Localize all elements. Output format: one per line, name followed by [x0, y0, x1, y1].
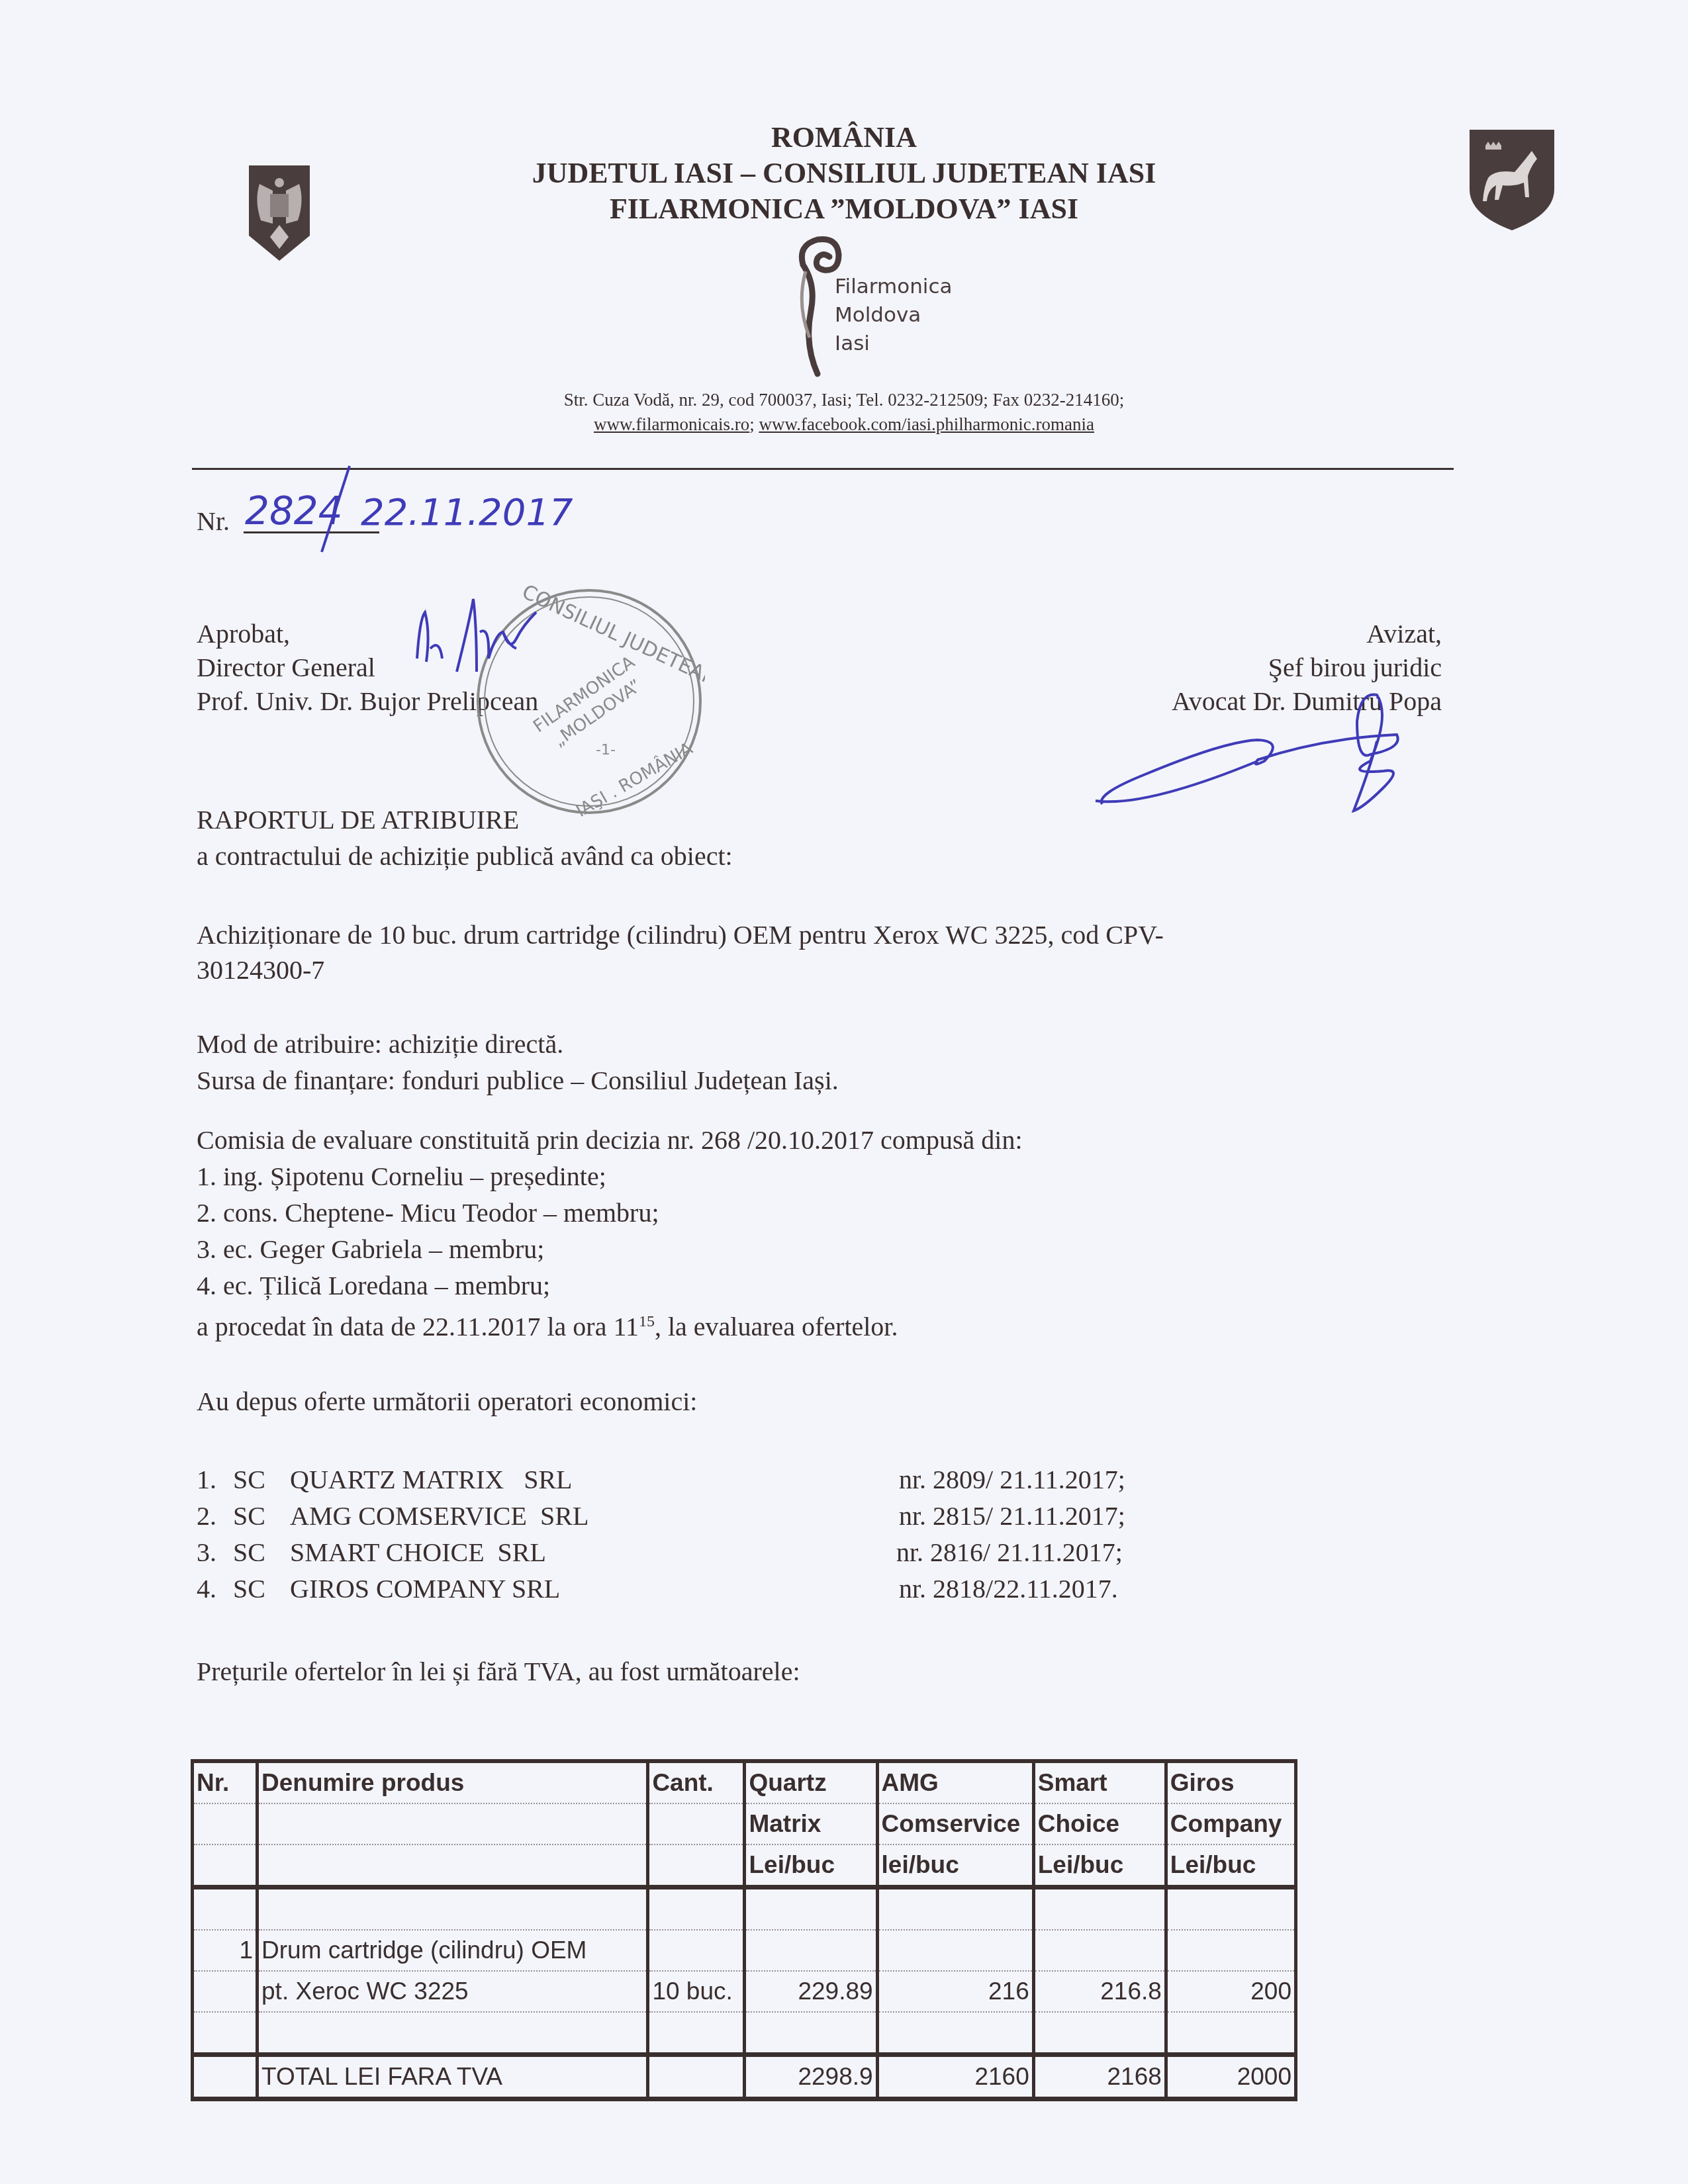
- report-title: RAPORTUL DE ATRIBUIRE: [197, 803, 519, 837]
- offer-item: 2. SC AMG COMSERVICE SRL nr. 2815/ 21.11…: [197, 1499, 1190, 1535]
- director-title: Director General: [197, 651, 375, 684]
- prices-intro: Prețurile ofertelor în lei și fără TVA, …: [197, 1655, 800, 1688]
- registration-label: Nr.: [197, 504, 230, 538]
- header-product: Denumire produs: [258, 1761, 648, 1803]
- website-link[interactable]: www.filarmonicais.ro: [594, 414, 749, 434]
- header-divider: [192, 468, 1454, 470]
- legal-office-title: Şef birou juridic: [1268, 651, 1442, 684]
- row-product: Drum cartridge (cilindru) OEM: [258, 1930, 648, 1971]
- offers-list: 1. SC QUARTZ MATRIX SRL nr. 2809/ 21.11.…: [197, 1463, 1190, 1608]
- svg-text:-1-: -1-: [596, 742, 616, 758]
- price-quartz: 229.89: [745, 1971, 877, 2012]
- header-nr: Nr.: [193, 1761, 258, 1803]
- table-spacer-row: [193, 2012, 1296, 2055]
- commission-member: 3. ec. Geger Gabriela – membru;: [197, 1232, 544, 1266]
- registration-slash: [318, 463, 357, 556]
- total-smart: 2168: [1033, 2055, 1166, 2099]
- table-header-row: Lei/buc lei/buc Lei/buc Lei/buc: [193, 1844, 1296, 1888]
- price-giros: 200: [1166, 1971, 1295, 2012]
- header-institution: FILARMONICA ”MOLDOVA” IASI: [0, 191, 1688, 228]
- total-quartz: 2298.9: [745, 2055, 877, 2099]
- approved-label: Aprobat,: [197, 617, 290, 651]
- lawyer-signature: [1092, 688, 1436, 824]
- header-country: ROMÂNIA: [0, 119, 1688, 156]
- table-header-row: Nr. Denumire produs Cant. Quartz AMG Sma…: [193, 1761, 1296, 1803]
- row-qty: 10 buc.: [648, 1971, 745, 2012]
- commission-member: 4. ec. Țilică Loredana – membru;: [197, 1269, 550, 1302]
- table-row: 1 Drum cartridge (cilindru) OEM: [193, 1930, 1296, 1971]
- price-amg: 216: [877, 1971, 1033, 2012]
- procedure-statement: a procedat în data de 22.11.2017 la ora …: [197, 1305, 898, 1343]
- report-subtitle: a contractului de achiziție publică avân…: [197, 839, 733, 873]
- header-county: JUDETUL IASI – CONSILIUL JUDETEAN IASI: [0, 155, 1688, 192]
- funding-source: Sursa de finanțare: fonduri publice – Co…: [197, 1064, 839, 1097]
- svg-text:IAŞI . ROMÂNIA: IAŞI . ROMÂNIA: [572, 737, 696, 817]
- registration-date: 22.11.2017: [361, 491, 573, 534]
- offer-item: 3. SC SMART CHOICE SRL nr. 2816/ 21.11.2…: [197, 1535, 1190, 1572]
- row-nr: 1: [193, 1930, 258, 1971]
- table-header-row: Matrix Comservice Choice Company: [193, 1803, 1296, 1844]
- procurement-object: Achiziționare de 10 buc. drum cartridge …: [197, 918, 1164, 952]
- director-signature: [410, 592, 609, 695]
- total-giros: 2000: [1166, 2055, 1295, 2099]
- commission-member: 1. ing. Șipotenu Corneliu – președinte;: [197, 1160, 606, 1193]
- price-smart: 216.8: [1033, 1971, 1166, 2012]
- logo-line3: Iasi: [835, 330, 870, 358]
- table-total-row: TOTAL LEI FARA TVA 2298.9 2160 2168 2000: [193, 2055, 1296, 2099]
- offer-prices-table: Nr. Denumire produs Cant. Quartz AMG Sma…: [191, 1759, 1297, 2101]
- header-amg: AMG: [877, 1761, 1033, 1803]
- offer-item: 4. SC GIROS COMPANY SRL nr. 2818/22.11.2…: [197, 1572, 1190, 1608]
- header-giros: Giros: [1166, 1761, 1295, 1803]
- logo-line1: Filarmonica: [835, 273, 952, 301]
- filarmonica-logo: Filarmonica Moldova Iasi: [791, 232, 990, 377]
- offer-item: 1. SC QUARTZ MATRIX SRL nr. 2809/ 21.11.…: [197, 1463, 1190, 1499]
- award-mode: Mod de atribuire: achiziție directă.: [197, 1027, 563, 1061]
- offers-intro: Au depus oferte următorii operatori econ…: [197, 1385, 697, 1418]
- address-line: Str. Cuza Vodă, nr. 29, cod 700037, Iasi…: [0, 387, 1688, 412]
- table-spacer-row: [193, 1888, 1296, 1931]
- header-smart: Smart: [1033, 1761, 1166, 1803]
- cpv-code: 30124300-7: [197, 953, 324, 987]
- header-quartz: Quartz: [745, 1761, 877, 1803]
- commission-intro: Comisia de evaluare constituită prin dec…: [197, 1123, 1023, 1157]
- endorsed-label: Avizat,: [1366, 617, 1442, 651]
- total-amg: 2160: [877, 2055, 1033, 2099]
- total-label: TOTAL LEI FARA TVA: [258, 2055, 648, 2099]
- logo-line2: Moldova: [835, 301, 921, 330]
- header-qty: Cant.: [648, 1761, 745, 1803]
- table-row: pt. Xeroc WC 3225 10 buc. 229.89 216 216…: [193, 1971, 1296, 2012]
- commission-member: 2. cons. Cheptene- Micu Teodor – membru;: [197, 1196, 659, 1230]
- web-links: www.filarmonicais.ro; www.facebook.com/i…: [0, 412, 1688, 437]
- row-product-line2: pt. Xeroc WC 3225: [258, 1971, 648, 2012]
- facebook-link[interactable]: www.facebook.com/iasi.philharmonic.roman…: [759, 414, 1094, 434]
